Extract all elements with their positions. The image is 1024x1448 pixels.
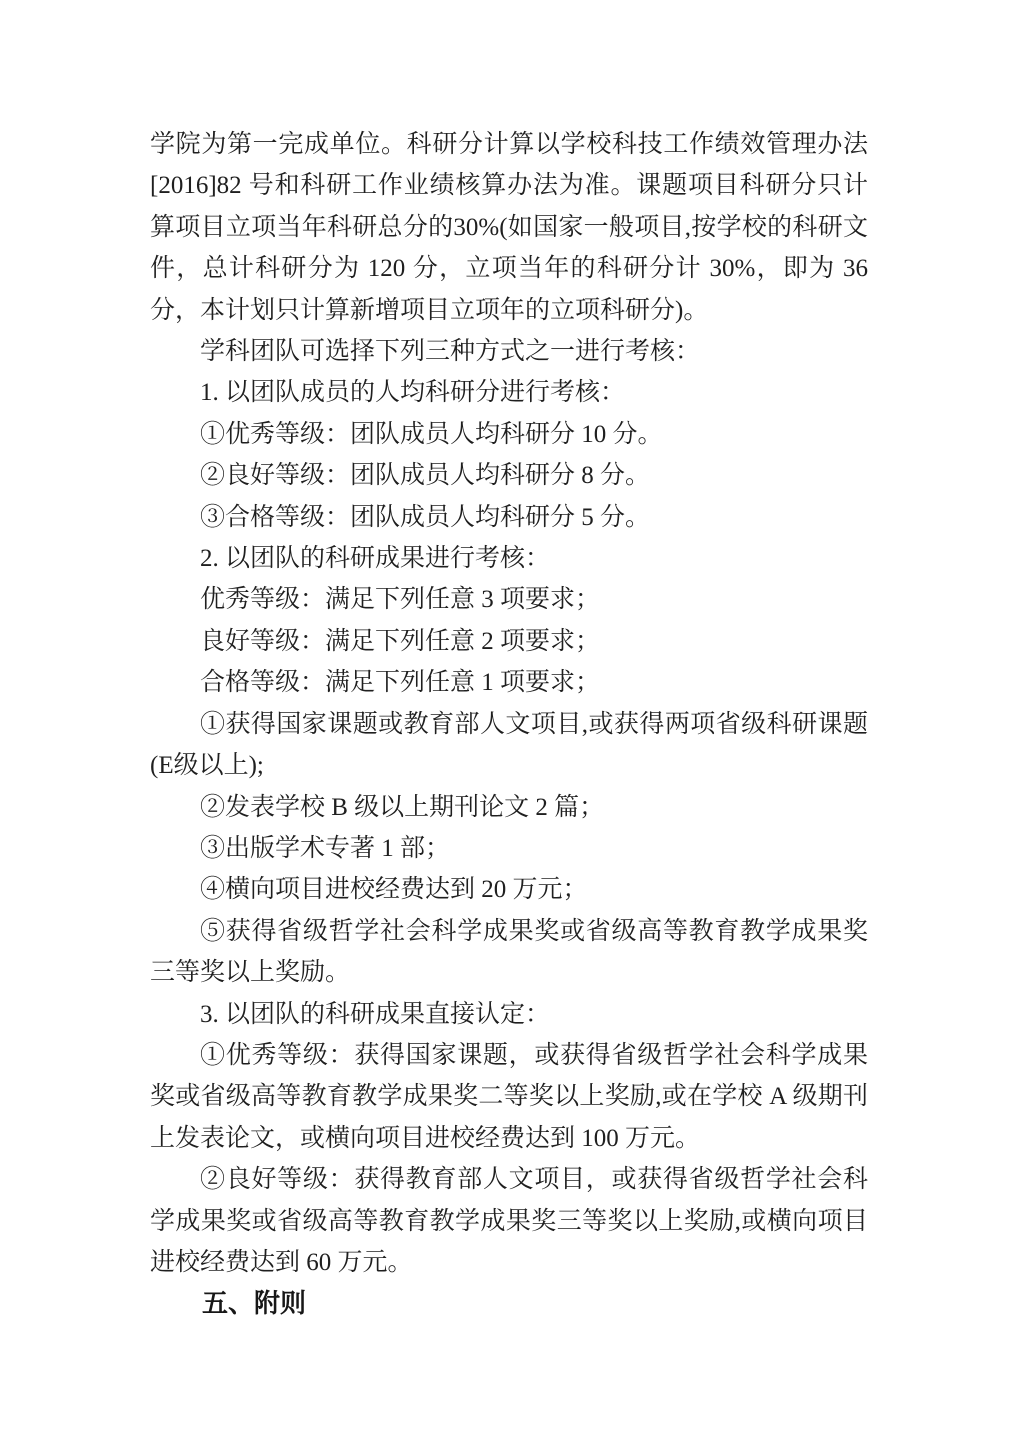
list-item-excellent-per-capita: ①优秀等级：团队成员人均科研分 10 分。: [150, 414, 868, 455]
list-item-pass-per-capita: ③合格等级：团队成员人均科研分 5 分。: [150, 497, 868, 538]
list-item-excellent-requirements: 优秀等级：满足下列任意 3 项要求；: [150, 579, 868, 620]
paragraph-method-2-title: 2. 以团队的科研成果进行考核：: [150, 538, 868, 579]
list-item-direct-excellent: ①优秀等级：获得国家课题，或获得省级哲学社会科学成果奖或省级高等教育教学成果奖二…: [150, 1035, 868, 1159]
list-item-pass-requirements: 合格等级：满足下列任意 1 项要求；: [150, 662, 868, 703]
paragraph-method-3-title: 3. 以团队的科研成果直接认定：: [150, 994, 868, 1035]
list-item-good-per-capita: ②良好等级：团队成员人均科研分 8 分。: [150, 455, 868, 496]
paragraph-method-1-title: 1. 以团队成员的人均科研分进行考核：: [150, 372, 868, 413]
list-item-direct-good: ②良好等级：获得教育部人文项目，或获得省级哲学社会科学成果奖或省级高等教育教学成…: [150, 1159, 868, 1283]
list-item-requirement-1: ①获得国家课题或教育部人文项目,或获得两项省级科研课题(E级以上);: [150, 704, 868, 787]
list-item-good-requirements: 良好等级：满足下列任意 2 项要求；: [150, 621, 868, 662]
list-item-requirement-3: ③出版学术专著 1 部；: [150, 828, 868, 869]
list-item-requirement-5: ⑤获得省级哲学社会科学成果奖或省级高等教育教学成果奖三等奖以上奖励。: [150, 911, 868, 994]
section-heading-supplementary-provisions: 五、附则: [150, 1283, 868, 1324]
document-page: 学院为第一完成单位。科研分计算以学校科技工作绩效管理办法[2016]82 号和科…: [0, 0, 1024, 1448]
document-content: 学院为第一完成单位。科研分计算以学校科技工作绩效管理办法[2016]82 号和科…: [150, 124, 868, 1325]
list-item-requirement-2: ②发表学校 B 级以上期刊论文 2 篇；: [150, 787, 868, 828]
paragraph-research-score-calculation: 学院为第一完成单位。科研分计算以学校科技工作绩效管理办法[2016]82 号和科…: [150, 124, 868, 331]
paragraph-assessment-intro: 学科团队可选择下列三种方式之一进行考核：: [150, 331, 868, 372]
list-item-requirement-4: ④横向项目进校经费达到 20 万元；: [150, 869, 868, 910]
